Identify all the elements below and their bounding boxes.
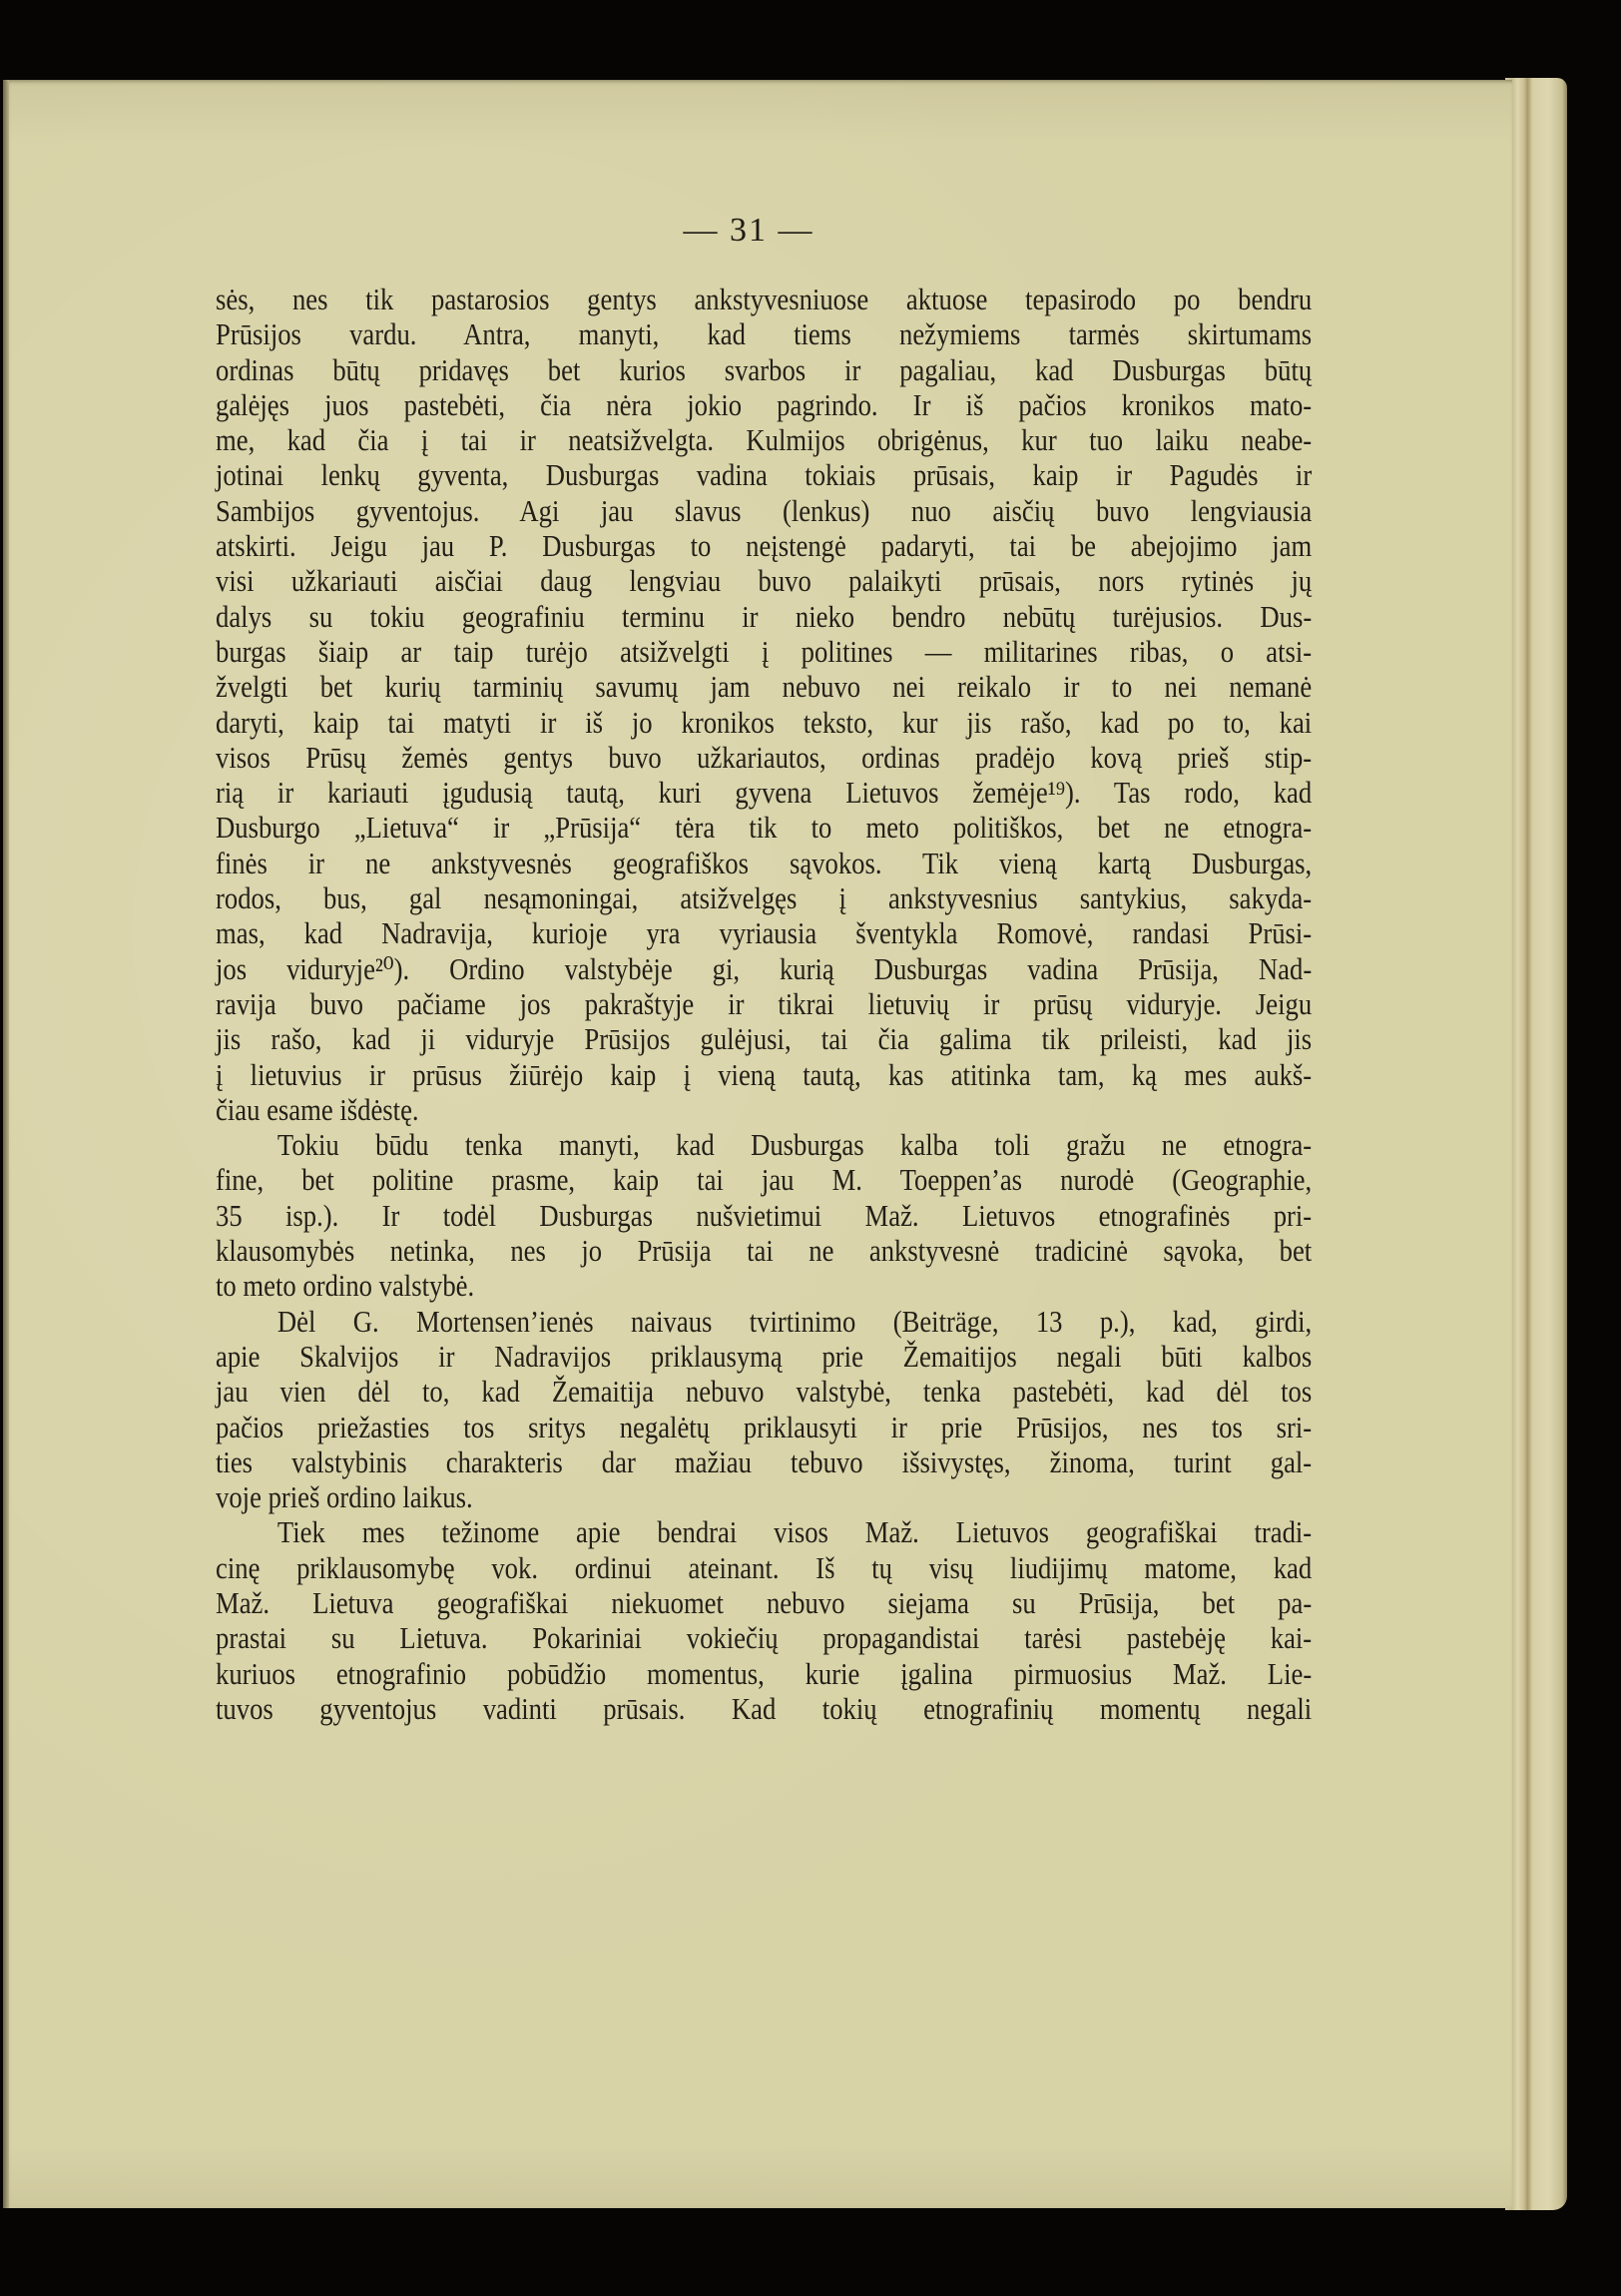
text-line: Tiek mes težinome apie bendrai visos Maž… [216, 1514, 1312, 1549]
text-line: atskirti. Jeigu jau P. Dusburgas to neįs… [216, 528, 1312, 563]
text-line: jau vien dėl to, kad Žemaitija nebuvo va… [216, 1374, 1312, 1409]
text-line: daryti, kaip tai matyti ir iš jo kroniko… [216, 705, 1312, 740]
text-line: į lietuvius ir prūsus žiūrėjo kaip į vie… [216, 1057, 1312, 1092]
text-line: burgas šiaip ar taip turėjo atsižvelgti … [216, 634, 1312, 669]
text-line: dalys su tokiu geografiniu terminu ir ni… [216, 599, 1312, 634]
text-line-footnote-19: rią ir kariauti įgudusią tautą, kuri gyv… [216, 775, 1312, 810]
text-line: mas, kad Nadravija, kurioje yra vyriausi… [216, 915, 1312, 950]
text-line: klausomybės netinka, nes jo Prūsija tai … [216, 1233, 1312, 1268]
text-line: tuvos gyventojus vadinti prūsais. Kad to… [216, 1691, 1312, 1726]
text-line: jotinai lenkų gyventa, Dusburgas vadina … [216, 457, 1312, 492]
text-line: kuriuos etnografinio pobūdžio momentus, … [216, 1656, 1312, 1691]
paragraph-3: Dėl G. Mortensen’ienės naivaus tvirtinim… [216, 1304, 1312, 1515]
text-line: ravija buvo pačiame jos pakraštyje ir ti… [216, 986, 1312, 1021]
text-line: Dėl G. Mortensen’ienės naivaus tvirtinim… [216, 1304, 1312, 1339]
page-edge-stack [1505, 78, 1567, 2210]
page-number: — 31 — [639, 212, 858, 250]
text-line: visos Prūsų žemės gentys buvo užkariauto… [216, 740, 1312, 775]
text-line: me, kad čia į tai ir neatsižvelgta. Kulm… [216, 422, 1312, 457]
paragraph-2: Tokiu būdu tenka manyti, kad Dusburgas k… [216, 1127, 1312, 1303]
text-line-footnote-20: jos viduryje²⁰). Ordino valstybėje gi, k… [216, 951, 1312, 986]
text-line: Prūsijos vardu. Antra, manyti, kad tiems… [216, 316, 1312, 351]
text-line: Sambijos gyventojus. Agi jau slavus (len… [216, 493, 1312, 528]
text-line: finės ir ne ankstyvesnės geografiškos są… [216, 846, 1312, 880]
text-line: visi užkariauti aisčiai daug lengviau bu… [216, 563, 1312, 598]
text-line: prastai su Lietuva. Pokariniai vokiečių … [216, 1620, 1312, 1655]
text-line: fine, bet politine prasme, kaip tai jau … [216, 1162, 1312, 1197]
text-line: Maž. Lietuva geografiškai niekuomet nebu… [216, 1585, 1312, 1620]
text-line: ordinas būtų pridavęs bet kurios svarbos… [216, 352, 1312, 387]
text-line: Tokiu būdu tenka manyti, kad Dusburgas k… [216, 1127, 1312, 1162]
text-line: pačios priežasties tos sritys negalėtų p… [216, 1410, 1312, 1444]
text-line: ties valstybinis charakteris dar mažiau … [216, 1444, 1312, 1479]
body-text: sės, nes tik pastarosios gentys ankstyve… [216, 282, 1312, 1726]
text-line: galėjęs juos pastebėti, čia nėra jokio p… [216, 387, 1312, 422]
paragraph-1: sės, nes tik pastarosios gentys ankstyve… [216, 282, 1312, 1127]
text-line: cinę priklausomybę vok. ordinui ateinant… [216, 1550, 1312, 1585]
page-left-gutter [3, 80, 9, 2208]
text-line: sės, nes tik pastarosios gentys ankstyve… [216, 282, 1312, 316]
text-line: rodos, bus, gal nesąmoningai, atsižvelgę… [216, 880, 1312, 915]
text-line: jis rašo, kad ji viduryje Prūsijos gulėj… [216, 1021, 1312, 1056]
text-line: to meto ordino valstybė. [216, 1268, 1312, 1303]
text-line: apie Skalvijos ir Nadravijos priklausymą… [216, 1339, 1312, 1374]
text-line: voje prieš ordino laikus. [216, 1479, 1312, 1514]
text-line: 35 isp.). Ir todėl Dusburgas nušvietimui… [216, 1198, 1312, 1233]
text-line: čiau esame išdėstę. [216, 1092, 1312, 1127]
text-line: Dusburgo „Lietuva“ ir „Prūsija“ tėra tik… [216, 810, 1312, 845]
text-line: žvelgti bet kurių tarminių savumų jam ne… [216, 669, 1312, 704]
paragraph-4: Tiek mes težinome apie bendrai visos Maž… [216, 1514, 1312, 1726]
